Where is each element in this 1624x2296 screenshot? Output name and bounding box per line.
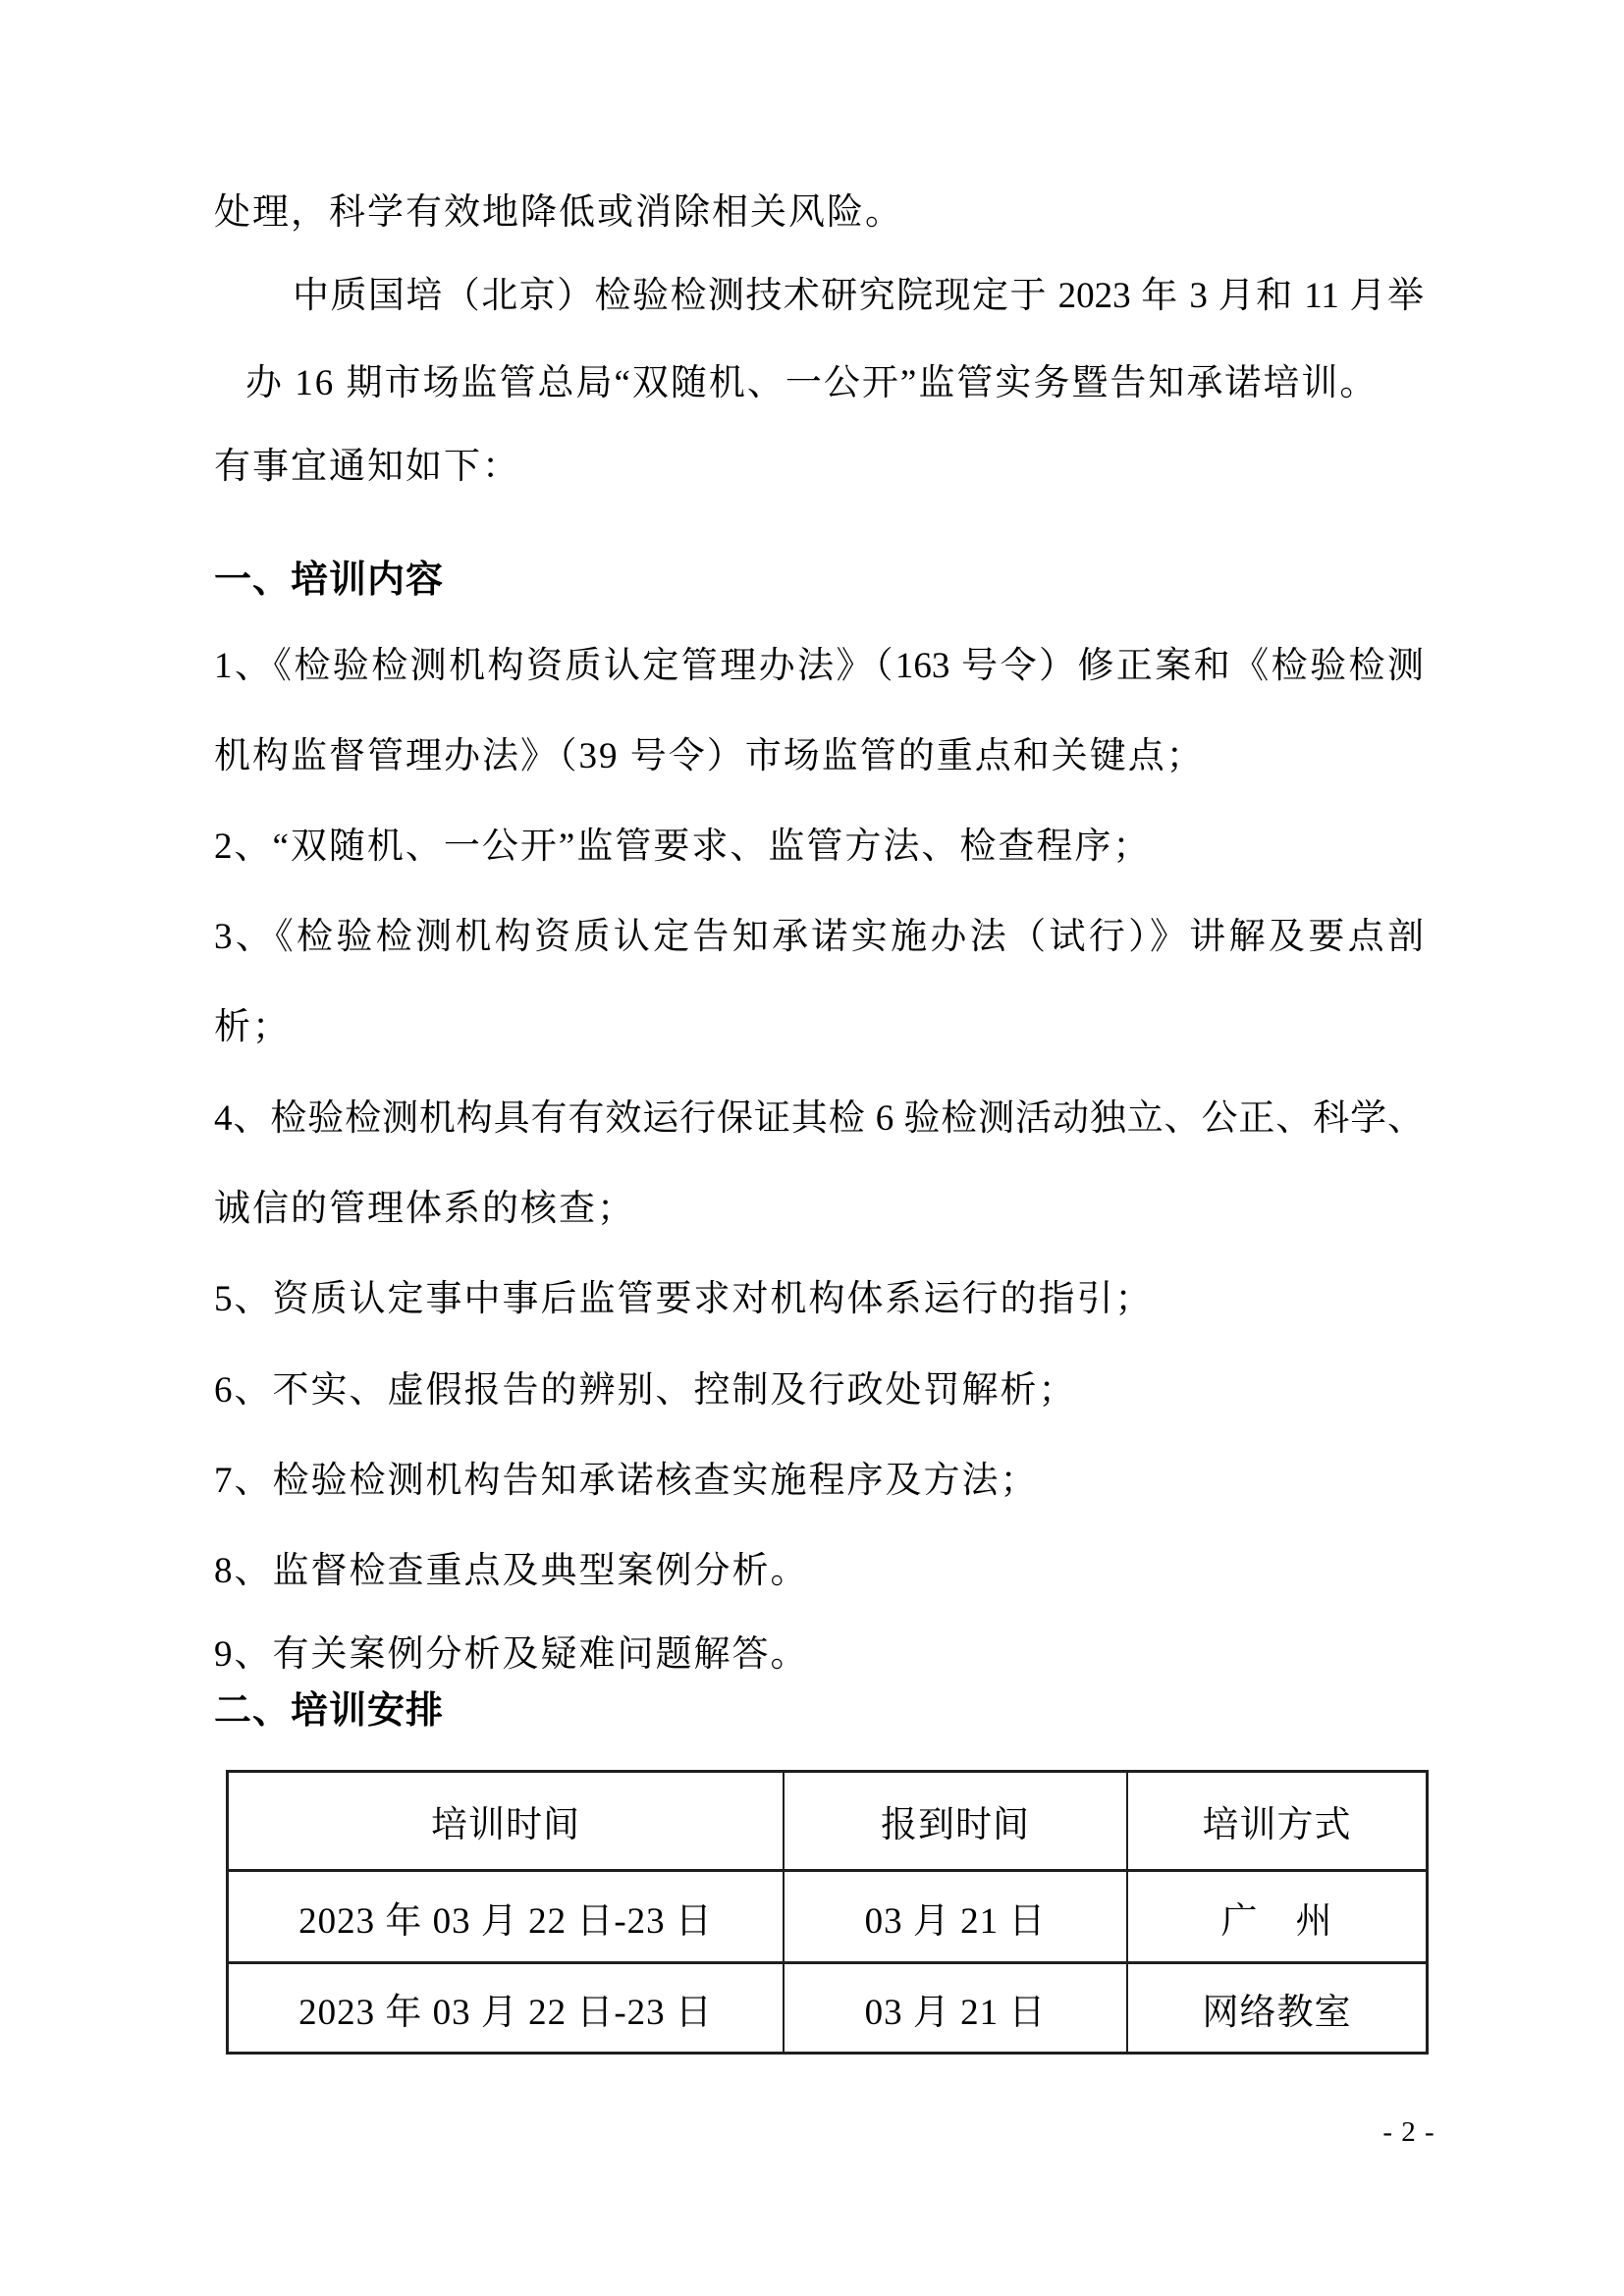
section-1-item-2: 2、“双随机、一公开”监管要求、监管方法、检查程序； [214,825,1424,870]
training-schedule-table: 培训时间 报到时间 培训方式 2023 年 03 月 22 日-23 日 03 … [226,1770,1429,2055]
section-1-item-9: 9、有关案例分析及疑难问题解答。 [214,1632,1424,1678]
section-1-item-6: 6、不实、虚假报告的辨别、控制及行政处罚解析； [214,1368,1424,1414]
table-cell-row2-training-time: 2023 年 03 月 22 日-23 日 [229,1961,783,2052]
document-page: 处理，科学有效地降低或消除相关风险。 中质国培（北京）检验检测技术研究院现定于 … [0,0,1624,2296]
table-header-checkin-time: 报到时间 [783,1773,1126,1869]
intro-paragraph-line-2: 中质国培（北京）检验检测技术研究院现定于 2023 年 3 月和 11 月举 [293,274,1424,323]
section-1-item-3-line-2: 析； [214,1005,1424,1050]
section-2-heading: 二、培训安排 [214,1688,1424,1734]
section-1-item-8: 8、监督检查重点及典型案例分析。 [214,1549,1424,1594]
section-1-item-1-line-2: 机构监督管理办法》（39 号令）市场监管的重点和关键点； [214,734,1424,779]
table-cell-row1-training-time: 2023 年 03 月 22 日-23 日 [229,1869,783,1961]
intro-paragraph-line-1: 处理，科学有效地降低或消除相关风险。 [214,190,1424,236]
intro-paragraph-line-3: 办 16 期市场监管总局“双随机、一公开”监管实务暨告知承诺培训。 [245,361,1455,406]
section-1-item-5: 5、资质认定事中事后监管要求对机构体系运行的指引； [214,1277,1424,1322]
section-1-item-3-line-1: 3、《检验检测机构资质认定告知承诺实施办法（试行）》讲解及要点剖 [214,915,1424,964]
table-cell-row2-training-mode: 网络教室 [1126,1961,1426,2052]
table-header-training-time: 培训时间 [229,1773,783,1869]
table-cell-row1-training-mode: 广 州 [1126,1869,1426,1961]
page-number: - 2 - [1370,2116,1448,2149]
table-cell-row1-checkin-time: 03 月 21 日 [783,1869,1126,1961]
table-cell-row2-checkin-time: 03 月 21 日 [783,1961,1126,2052]
intro-paragraph-line-4: 有事宜通知如下： [214,445,1424,490]
section-1-heading: 一、培训内容 [214,558,1424,603]
section-1-item-1-line-1: 1、《检验检测机构资质认定管理办法》（163 号令）修正案和《检验检测 [214,644,1424,693]
section-1-item-4-line-1: 4、检验检测机构具有有效运行保证其检 6 验检测活动独立、公正、科学、 [214,1096,1424,1146]
table-header-training-mode: 培训方式 [1126,1773,1426,1869]
section-1-item-7: 7、检验检测机构告知承诺核查实施程序及方法； [214,1459,1424,1504]
section-1-item-4-line-2: 诚信的管理体系的核查； [214,1187,1424,1232]
